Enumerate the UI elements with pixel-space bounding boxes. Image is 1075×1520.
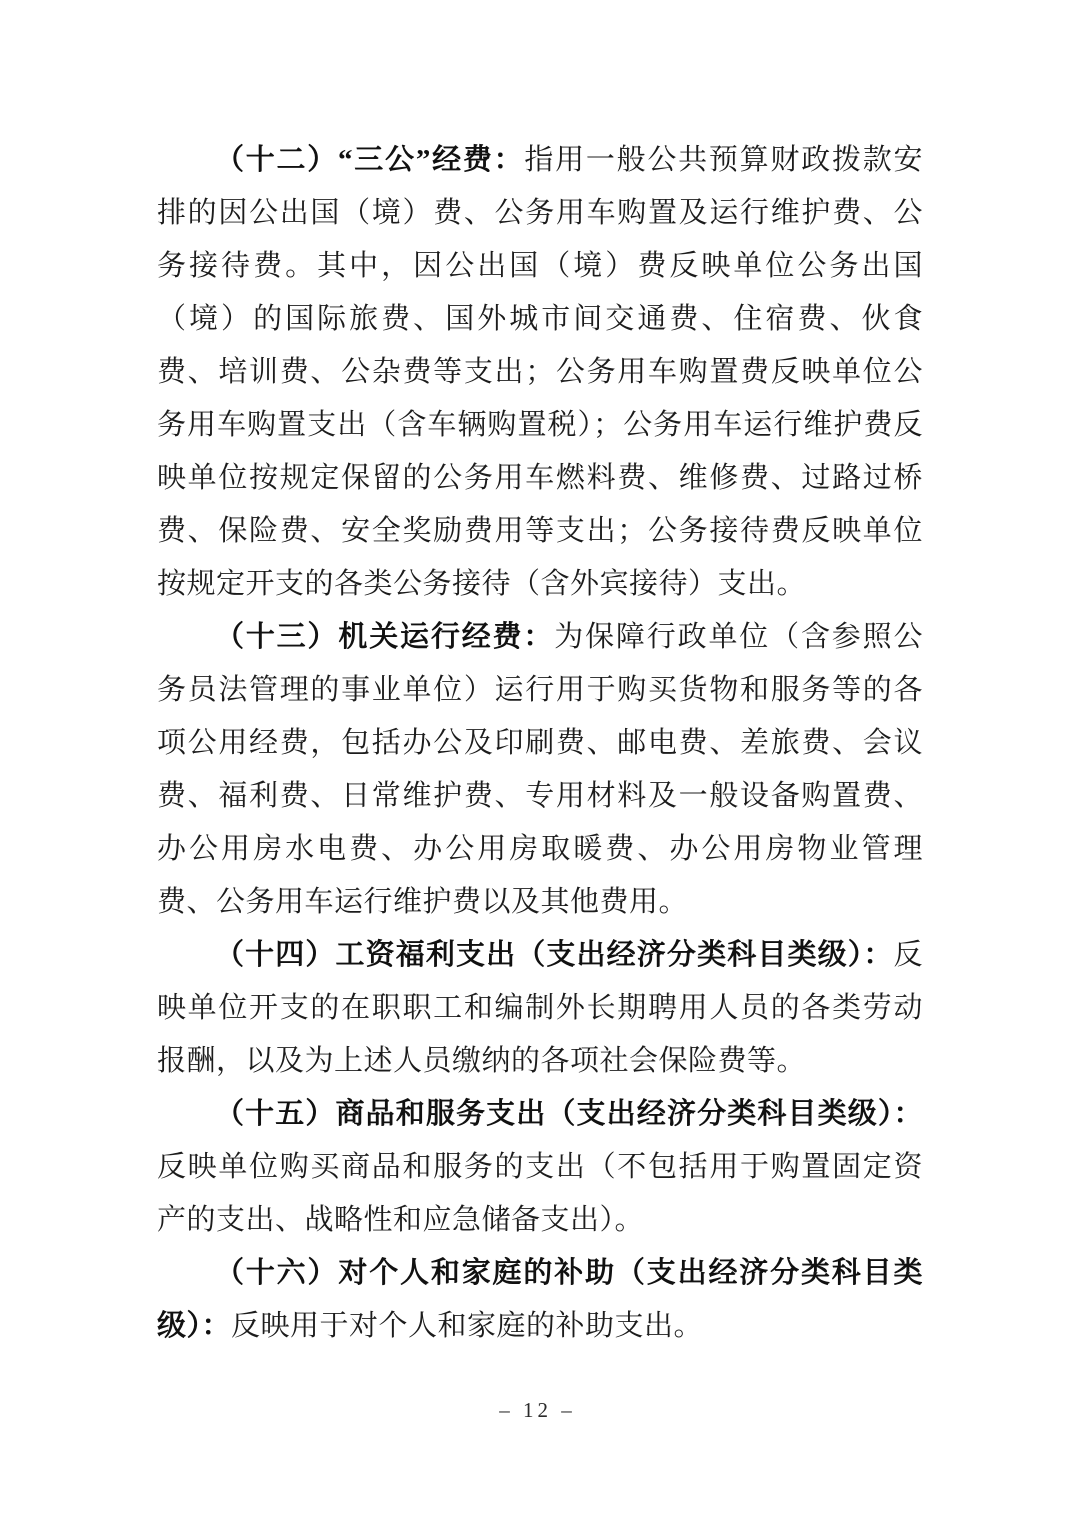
page-footer: – 12 –: [0, 1398, 1075, 1423]
paragraph-heading: （十二）“三公”经费：: [215, 144, 524, 176]
page-number: – 12 –: [499, 1398, 576, 1422]
paragraph-body-text: 指用一般公共预算财政拨款安排的因公出国（境）费、公务用车购置及运行维护费、公务接…: [157, 144, 923, 600]
paragraph-body-text: 为保障行政单位（含参照公务员法管理的事业单位）运行用于购买货物和服务等的各项公用…: [157, 621, 923, 918]
paragraph-body-text: 反映单位购买商品和服务的支出（不包括用于购置固定资产的支出、战略性和应急储备支出…: [157, 1151, 923, 1236]
paragraph-heading: （十三）机关运行经费：: [215, 621, 554, 653]
paragraph-item-12: （十二）“三公”经费：指用一般公共预算财政拨款安排的因公出国（境）费、公务用车购…: [157, 134, 923, 611]
paragraph-body-text: 反映用于对个人和家庭的补助支出。: [231, 1310, 703, 1342]
document-text-block: （十二）“三公”经费：指用一般公共预算财政拨款安排的因公出国（境）费、公务用车购…: [157, 134, 923, 1353]
paragraph-item-16: （十六）对个人和家庭的补助（支出经济分类科目类级）：反映用于对个人和家庭的补助支…: [157, 1247, 923, 1353]
paragraph-heading: （十五）商品和服务支出（支出经济分类科目类级）：: [215, 1098, 923, 1130]
document-page: （十二）“三公”经费：指用一般公共预算财政拨款安排的因公出国（境）费、公务用车购…: [0, 0, 1075, 1520]
paragraph-heading: （十四）工资福利支出（支出经济分类科目类级）：: [215, 939, 893, 971]
paragraph-item-13: （十三）机关运行经费：为保障行政单位（含参照公务员法管理的事业单位）运行用于购买…: [157, 611, 923, 929]
paragraph-item-15: （十五）商品和服务支出（支出经济分类科目类级）：反映单位购买商品和服务的支出（不…: [157, 1088, 923, 1247]
paragraph-item-14: （十四）工资福利支出（支出经济分类科目类级）：反映单位开支的在职职工和编制外长期…: [157, 929, 923, 1088]
